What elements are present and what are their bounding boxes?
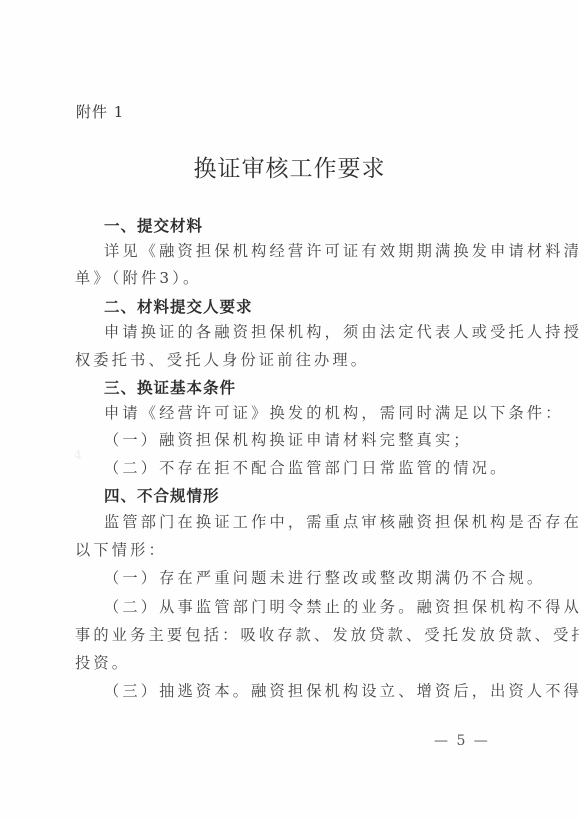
paragraph-line: 以下情形： xyxy=(75,539,511,560)
scan-artifact: 4 xyxy=(74,448,82,462)
paragraph-line: 申请《经营许可证》换发的机构，需同时满足以下条件： xyxy=(104,402,540,423)
page-number: — 5 — xyxy=(434,733,490,749)
paragraph-line: 权委托书、受托人身份证前往办理。 xyxy=(75,349,511,370)
document-title: 换证审核工作要求 xyxy=(0,150,579,183)
paragraph-line: 监管部门在换证工作中，需重点审核融资担保机构是否存在 xyxy=(104,511,540,532)
paragraph-line: 投资。 xyxy=(75,652,511,673)
paragraph-line: （一）存在严重问题未进行整改或整改期满仍不合规。 xyxy=(104,567,540,588)
paragraph-line: （一）融资担保机构换证申请材料完整真实； xyxy=(104,429,540,450)
paragraph-line: （三）抽逃资本。融资担保机构设立、增资后，出资人不得 xyxy=(104,680,540,701)
paragraph-line: （二）从事监管部门明令禁止的业务。融资担保机构不得从 xyxy=(104,596,540,617)
section-heading-1: 一、提交材料 xyxy=(104,214,203,236)
paragraph-line: 申请换证的各融资担保机构，须由法定代表人或受托人持授 xyxy=(104,321,540,342)
paragraph-line: 单》（附件3）。 xyxy=(75,267,511,288)
paragraph-line: 详见《融资担保机构经营许可证有效期期满换发申请材料清 xyxy=(104,240,540,261)
attachment-label: 附件 1 xyxy=(76,101,124,122)
document-page: 附件 1 换证审核工作要求 一、提交材料 详见《融资担保机构经营许可证有效期期满… xyxy=(0,0,579,819)
section-heading-3: 三、换证基本条件 xyxy=(104,376,236,398)
section-heading-2: 二、材料提交人要求 xyxy=(104,295,253,317)
paragraph-line: 事的业务主要包括：吸收存款、发放贷款、受托发放贷款、受托 xyxy=(75,624,511,645)
section-heading-4: 四、不合规情形 xyxy=(104,484,220,506)
paragraph-line: （二）不存在拒不配合监管部门日常监管的情况。 xyxy=(104,457,540,478)
